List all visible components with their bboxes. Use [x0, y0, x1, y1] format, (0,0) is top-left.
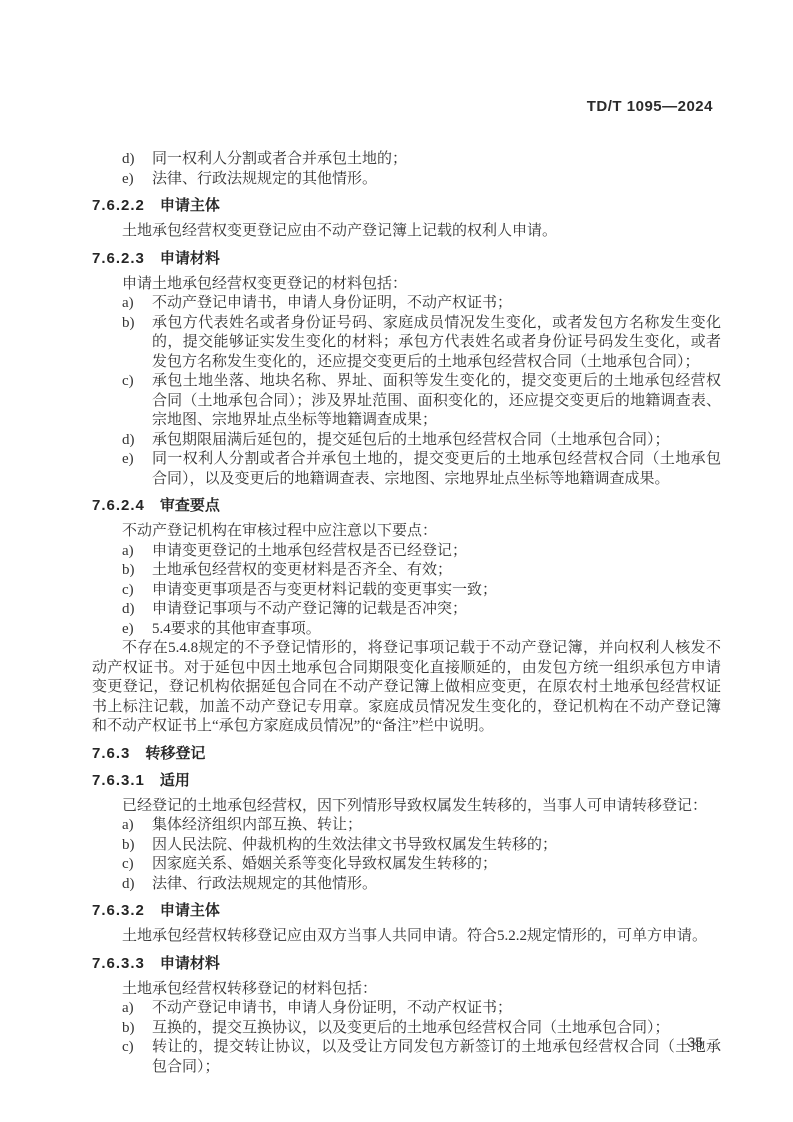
section-title: 审查要点 — [160, 497, 220, 514]
section-number: 7.6.2.2 — [92, 197, 145, 214]
list-item-text: 同一权利人分割或者合并承包土地的，提交变更后的土地承包经营权合同（土地承包合同）… — [152, 451, 721, 487]
list-item: c)因家庭关系、婚姻关系等变化导致权属发生转移的； — [92, 855, 721, 875]
section-title: 申请材料 — [160, 955, 220, 972]
item-list: a)不动产登记申请书，申请人身份证明，不动产权证书；b)承包方代表姓名或者身份证… — [92, 294, 721, 489]
list-item: a)申请变更登记的土地承包经营权是否已经登记； — [92, 542, 721, 562]
list-item-label: b) — [122, 314, 150, 334]
list-item-text: 承包土地坐落、地块名称、界址、面积等发生变化的，提交变更后的土地承包经营权合同（… — [152, 373, 721, 428]
list-item-label: e) — [122, 170, 150, 190]
list-item-text: 土地承包经营权的变更材料是否齐全、有效； — [152, 562, 452, 578]
list-item-text: 不动产登记申请书，申请人身份证明，不动产权证书； — [152, 295, 512, 311]
page-number: 35 — [687, 1034, 703, 1050]
section-heading: 7.6.2.2申请主体 — [92, 196, 721, 216]
section-heading: 7.6.3.2申请主体 — [92, 901, 721, 921]
list-item-text: 承包期限届满后延包的，提交延包后的土地承包经营权合同（土地承包合同）； — [152, 432, 670, 448]
document-page: TD/T 1095—2024 d)同一权利人分割或者合并承包土地的；e)法律、行… — [0, 0, 793, 1122]
list-item-label: c) — [122, 1038, 150, 1058]
list-item-label: b) — [122, 836, 150, 856]
paragraph: 土地承包经营权变更登记应由不动产登记簿上记载的权利人申请。 — [92, 222, 721, 242]
list-item-label: d) — [122, 875, 150, 895]
list-item-label: a) — [122, 294, 150, 314]
list-item-label: c) — [122, 372, 150, 392]
section-heading: 7.6.2.3申请材料 — [92, 249, 721, 269]
list-item: d)申请登记事项与不动产登记簿的记载是否冲突； — [92, 600, 721, 620]
list-item-text: 集体经济组织内部互换、转让； — [152, 817, 362, 833]
section-number: 7.6.2.3 — [92, 250, 145, 267]
list-item-label: d) — [122, 150, 150, 170]
list-item-text: 5.4要求的其他审查事项。 — [152, 621, 321, 637]
list-item-text: 申请变更事项是否与变更材料记载的变更事实一致； — [152, 582, 497, 598]
list-item: a)不动产登记申请书，申请人身份证明，不动产权证书； — [92, 294, 721, 314]
list-item-label: e) — [122, 620, 150, 640]
list-item: e)法律、行政法规规定的其他情形。 — [92, 170, 721, 190]
list-item: c)申请变更事项是否与变更材料记载的变更事实一致； — [92, 581, 721, 601]
list-item-text: 法律、行政法规规定的其他情形。 — [152, 876, 377, 892]
list-item-text: 法律、行政法规规定的其他情形。 — [152, 171, 377, 187]
list-item-label: b) — [122, 1019, 150, 1039]
list-item-text: 转让的，提交转让协议，以及受让方同发包方新签订的土地承包经营权合同（土地承包合同… — [152, 1039, 721, 1075]
section-title: 申请主体 — [160, 197, 220, 214]
paragraph: 不动产登记机构在审核过程中应注意以下要点： — [92, 522, 721, 542]
section-title: 适用 — [160, 772, 190, 789]
section-heading: 7.6.3.1适用 — [92, 771, 721, 791]
list-item: b)互换的，提交互换协议，以及变更后的土地承包经营权合同（土地承包合同）； — [92, 1019, 721, 1039]
list-item: a)不动产登记申请书，申请人身份证明，不动产权证书； — [92, 999, 721, 1019]
list-item-label: c) — [122, 855, 150, 875]
list-item: e)同一权利人分割或者合并承包土地的，提交变更后的土地承包经营权合同（土地承包合… — [92, 450, 721, 489]
list-item-label: b) — [122, 561, 150, 581]
section-heading: 7.6.2.4审查要点 — [92, 496, 721, 516]
list-item: b)土地承包经营权的变更材料是否齐全、有效； — [92, 561, 721, 581]
paragraph: 申请土地承包经营权变更登记的材料包括： — [92, 275, 721, 295]
list-item: d)同一权利人分割或者合并承包土地的； — [92, 150, 721, 170]
list-item-text: 承包方代表姓名或者身份证号码、家庭成员情况发生变化，或者发包方名称发生变化的，提… — [152, 315, 721, 370]
list-item-label: a) — [122, 816, 150, 836]
list-item: c)转让的，提交转让协议，以及受让方同发包方新签订的土地承包经营权合同（土地承包… — [92, 1038, 721, 1077]
list-item: b)因人民法院、仲裁机构的生效法律文书导致权属发生转移的； — [92, 836, 721, 856]
list-item-label: e) — [122, 450, 150, 470]
standard-code: TD/T 1095—2024 — [587, 98, 713, 115]
paragraph: 已经登记的土地承包经营权，因下列情形导致权属发生转移的，当事人可申请转移登记： — [92, 797, 721, 817]
list-item-label: d) — [122, 431, 150, 451]
list-item: c)承包土地坐落、地块名称、界址、面积等发生变化的，提交变更后的土地承包经营权合… — [92, 372, 721, 431]
paragraph: 土地承包经营权转移登记的材料包括： — [92, 980, 721, 1000]
section-title: 申请材料 — [160, 250, 220, 267]
list-item-label: a) — [122, 542, 150, 562]
list-item: d)承包期限届满后延包的，提交延包后的土地承包经营权合同（土地承包合同）； — [92, 431, 721, 451]
list-item: e)5.4要求的其他审查事项。 — [92, 620, 721, 640]
list-item-text: 不动产登记申请书，申请人身份证明，不动产权证书； — [152, 1000, 512, 1016]
list-item: a)集体经济组织内部互换、转让； — [92, 816, 721, 836]
document-content: d)同一权利人分割或者合并承包土地的；e)法律、行政法规规定的其他情形。7.6.… — [92, 150, 721, 1077]
list-item-text: 因家庭关系、婚姻关系等变化导致权属发生转移的； — [152, 856, 497, 872]
list-item-text: 互换的，提交互换协议，以及变更后的土地承包经营权合同（土地承包合同）； — [152, 1020, 670, 1036]
section-title: 转移登记 — [145, 745, 205, 762]
section-heading: 7.6.3.3申请材料 — [92, 954, 721, 974]
paragraph: 土地承包经营权转移登记应由双方当事人共同申请。符合5.2.2规定情形的，可单方申… — [92, 927, 721, 947]
list-item-label: d) — [122, 600, 150, 620]
section-number: 7.6.3 — [92, 745, 130, 762]
section-title: 申请主体 — [160, 902, 220, 919]
section-number: 7.6.3.2 — [92, 902, 145, 919]
paragraph: 不存在5.4.8规定的不予登记情形的，将登记事项记载于不动产登记簿，并向权利人核… — [92, 639, 721, 737]
list-item-label: c) — [122, 581, 150, 601]
list-item-text: 申请登记事项与不动产登记簿的记载是否冲突； — [152, 601, 467, 617]
item-list: a)申请变更登记的土地承包经营权是否已经登记；b)土地承包经营权的变更材料是否齐… — [92, 542, 721, 640]
list-item-text: 申请变更登记的土地承包经营权是否已经登记； — [152, 543, 467, 559]
item-list: a)集体经济组织内部互换、转让；b)因人民法院、仲裁机构的生效法律文书导致权属发… — [92, 816, 721, 894]
list-item-text: 因人民法院、仲裁机构的生效法律文书导致权属发生转移的； — [152, 837, 557, 853]
item-list: d)同一权利人分割或者合并承包土地的；e)法律、行政法规规定的其他情形。 — [92, 150, 721, 189]
list-item: b)承包方代表姓名或者身份证号码、家庭成员情况发生变化，或者发包方名称发生变化的… — [92, 314, 721, 373]
list-item-label: a) — [122, 999, 150, 1019]
section-number: 7.6.2.4 — [92, 497, 145, 514]
item-list: a)不动产登记申请书，申请人身份证明，不动产权证书；b)互换的，提交互换协议，以… — [92, 999, 721, 1077]
list-item-text: 同一权利人分割或者合并承包土地的； — [152, 151, 407, 167]
section-heading: 7.6.3转移登记 — [92, 744, 721, 764]
section-number: 7.6.3.1 — [92, 772, 145, 789]
section-number: 7.6.3.3 — [92, 955, 145, 972]
list-item: d)法律、行政法规规定的其他情形。 — [92, 875, 721, 895]
